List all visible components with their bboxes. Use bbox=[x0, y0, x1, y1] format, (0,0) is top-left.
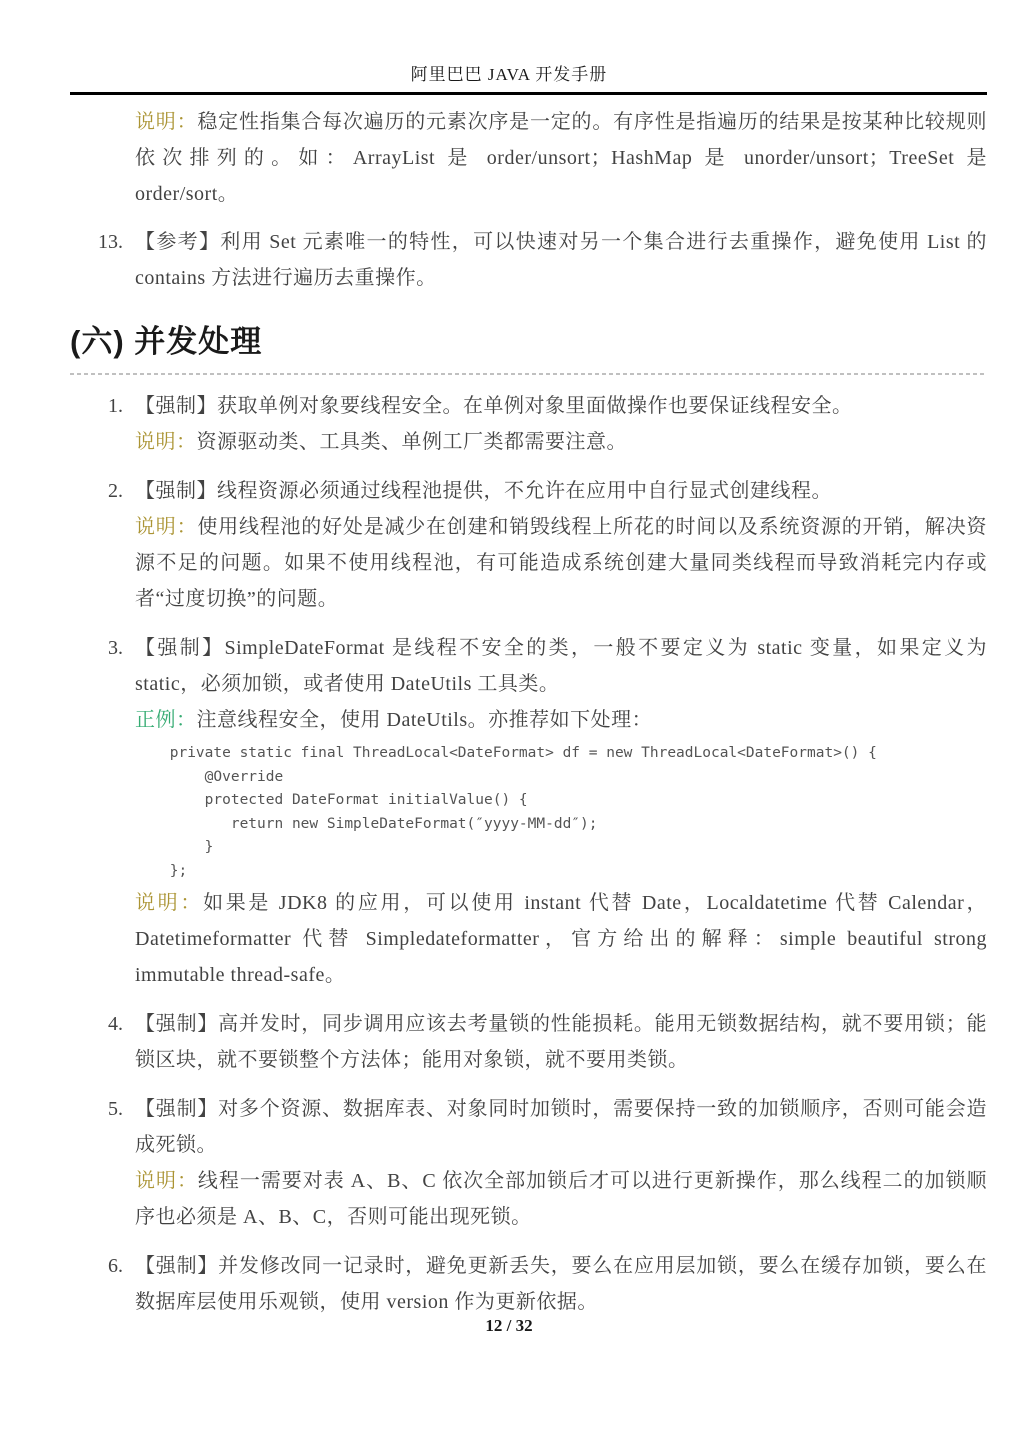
rule-item-4: 4. 【强制】高并发时，同步调用应该去考量锁的性能损耗。能用无锁数据结构，就不要… bbox=[135, 1006, 987, 1078]
rule-item-1: 1. 【强制】获取单例对象要线程安全。在单例对象里面做操作也要保证线程安全。 说… bbox=[135, 388, 987, 460]
item-number: 2. bbox=[87, 473, 123, 509]
rule-text: 【强制】SimpleDateFormat 是线程不安全的类，一般不要定义为 st… bbox=[135, 630, 987, 702]
page-number: 12 / 32 bbox=[485, 1316, 532, 1335]
note-text: 线程一需要对表 A、B、C 依次全部加锁后才可以进行更新操作，那么线程二的加锁顺… bbox=[135, 1170, 987, 1228]
list-item-13: 13. 【参考】利用 Set 元素唯一的特性，可以快速对另一个集合进行去重操作，… bbox=[135, 224, 987, 296]
header-divider bbox=[70, 92, 987, 95]
item-number: 6. bbox=[87, 1248, 123, 1284]
item-number: 1. bbox=[87, 388, 123, 424]
note-text: 如果是 JDK8 的应用，可以使用 instant 代替 Date，Locald… bbox=[135, 892, 987, 986]
item-number: 4. bbox=[87, 1006, 123, 1042]
note-text: 资源驱动类、工具类、单例工厂类都需要注意。 bbox=[197, 431, 628, 453]
rule-text: 【强制】对多个资源、数据库表、对象同时加锁时，需要保持一致的加锁顺序，否则可能会… bbox=[135, 1091, 987, 1163]
note-label: 说明： bbox=[135, 892, 203, 914]
rule-text: 【强制】高并发时，同步调用应该去考量锁的性能损耗。能用无锁数据结构，就不要用锁；… bbox=[135, 1006, 987, 1078]
note-label: 说明： bbox=[135, 1170, 198, 1192]
note-label: 说明： bbox=[135, 431, 197, 453]
rule-text: 【强制】获取单例对象要线程安全。在单例对象里面做操作也要保证线程安全。 bbox=[135, 388, 987, 424]
note-label: 说明： bbox=[135, 516, 197, 538]
item-number: 5. bbox=[87, 1091, 123, 1127]
page-body: 说明：稳定性指集合每次遍历的元素次序是一定的。有序性是指遍历的结果是按某种比较规… bbox=[0, 104, 1018, 1320]
page-header: 阿里巴巴 JAVA 开发手册 bbox=[0, 0, 1018, 95]
carryover-note-paragraph: 说明：稳定性指集合每次遍历的元素次序是一定的。有序性是指遍历的结果是按某种比较规… bbox=[135, 104, 987, 212]
note-text: 稳定性指集合每次遍历的元素次序是一定的。有序性是指遍历的结果是按某种比较规则依次… bbox=[135, 111, 987, 205]
item-number: 3. bbox=[87, 630, 123, 666]
section-divider bbox=[70, 373, 987, 375]
document-title: 阿里巴巴 JAVA 开发手册 bbox=[0, 0, 1018, 85]
rules-list: 1. 【强制】获取单例对象要线程安全。在单例对象里面做操作也要保证线程安全。 说… bbox=[70, 388, 987, 1320]
note-text: 使用线程池的好处是减少在创建和销毁线程上所花的时间以及系统资源的开销，解决资源不… bbox=[135, 516, 987, 610]
positive-example-text: 注意线程安全，使用 DateUtils。亦推荐如下处理： bbox=[197, 709, 653, 731]
section-heading: (六) 并发处理 bbox=[70, 322, 987, 362]
rule-note: 说明：资源驱动类、工具类、单例工厂类都需要注意。 bbox=[135, 424, 987, 460]
rule-item-5: 5. 【强制】对多个资源、数据库表、对象同时加锁时，需要保持一致的加锁顺序，否则… bbox=[135, 1091, 987, 1235]
rule-note: 说明：如果是 JDK8 的应用，可以使用 instant 代替 Date，Loc… bbox=[135, 885, 987, 993]
page-footer: 12 / 32 bbox=[0, 1316, 1018, 1336]
rule-item-3: 3. 【强制】SimpleDateFormat 是线程不安全的类，一般不要定义为… bbox=[135, 630, 987, 993]
note-label: 说明： bbox=[135, 111, 197, 133]
rule-note: 说明：使用线程池的好处是减少在创建和销毁线程上所花的时间以及系统资源的开销，解决… bbox=[135, 509, 987, 617]
code-snippet: private static final ThreadLocal<DateFor… bbox=[161, 742, 987, 883]
positive-example-label: 正例： bbox=[135, 709, 197, 731]
rule-item-2: 2. 【强制】线程资源必须通过线程池提供，不允许在应用中自行显式创建线程。 说明… bbox=[135, 473, 987, 617]
rule-item-6: 6. 【强制】并发修改同一记录时，避免更新丢失，要么在应用层加锁，要么在缓存加锁… bbox=[135, 1248, 987, 1320]
item-text: 【参考】利用 Set 元素唯一的特性，可以快速对另一个集合进行去重操作，避免使用… bbox=[135, 224, 987, 296]
rule-note: 说明：线程一需要对表 A、B、C 依次全部加锁后才可以进行更新操作，那么线程二的… bbox=[135, 1163, 987, 1235]
rule-text: 【强制】并发修改同一记录时，避免更新丢失，要么在应用层加锁，要么在缓存加锁，要么… bbox=[135, 1248, 987, 1320]
rule-text: 【强制】线程资源必须通过线程池提供，不允许在应用中自行显式创建线程。 bbox=[135, 473, 987, 509]
item-number: 13. bbox=[87, 224, 123, 260]
document-page: 阿里巴巴 JAVA 开发手册 说明：稳定性指集合每次遍历的元素次序是一定的。有序… bbox=[0, 0, 1018, 1320]
rule-positive-example: 正例：注意线程安全，使用 DateUtils。亦推荐如下处理： bbox=[135, 702, 987, 738]
